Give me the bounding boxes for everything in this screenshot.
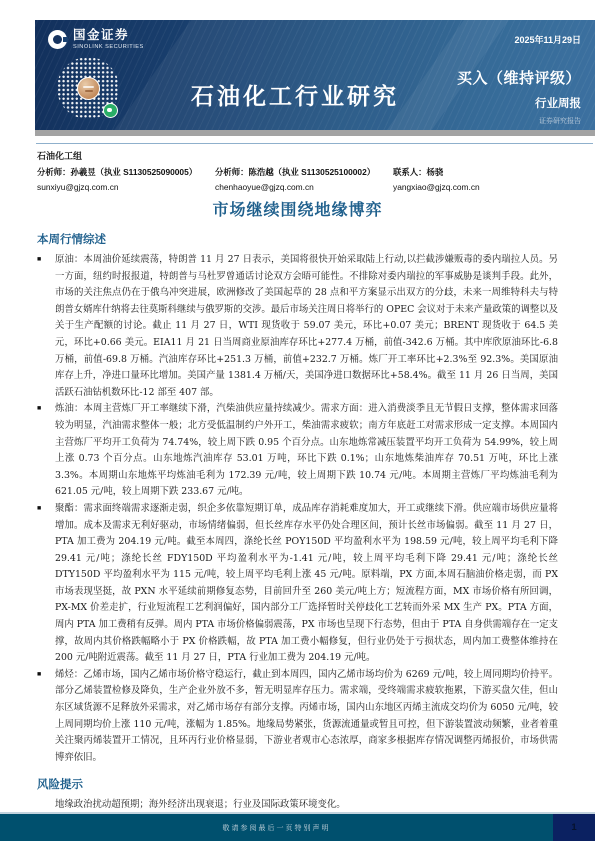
page-number: 1 <box>571 822 576 833</box>
bullet-polyester: ■ 聚酯：需求面终端需求逐渐走弱，织企多依靠短期订单，成品库存消耗难度加大，开工… <box>37 501 558 667</box>
analyst-name: 联系人：杨骁 <box>393 166 565 178</box>
section-heading-risk: 风险提示 <box>37 776 558 792</box>
brand-name-en: SINOLINK SECURITIES <box>73 44 144 50</box>
bullet-square-icon: ■ <box>37 667 55 767</box>
footer-disclaimer: 敬请参阅最后一页特别声明 <box>0 814 553 841</box>
bullet-body: 本周主营炼厂开工率继续下滑，汽柴油供应量持续减少。需求方面：进入消费淡季且无节假… <box>55 403 558 497</box>
report-body: 本周行情综述 ■ 原油：本周油价延续震荡，特朗普 11 月 27 日表示，美国将… <box>37 231 558 809</box>
risk-text: 地缘政治扰动超预期；海外经济出现衰退；行业及国际政策环境变化。 <box>55 797 558 809</box>
analyst-item: 分析师：孙羲昱（执业 S1130525090005） sunxiyu@gjzq.… <box>37 166 215 192</box>
analyst-section: 石油化工组 分析师：孙羲昱（执业 S1130525090005） sunxiyu… <box>37 149 565 192</box>
bullet-label: 原油： <box>55 254 83 265</box>
bullet-crude-oil: ■ 原油：本周油价延续震荡，特朗普 11 月 27 日表示，美国将很快开始采取陆… <box>37 252 558 401</box>
brand-name-cn: 国金证券 <box>73 29 144 43</box>
bullet-label: 炼油： <box>55 403 83 414</box>
divider-rule <box>36 143 593 144</box>
bullet-label: 聚酯： <box>55 503 83 514</box>
bullet-body: 乙烯市场，国内乙烯市场价格守稳运行，截止到本周四，国内乙烯市场均价为 6269 … <box>55 669 558 763</box>
analyst-email: chenhaoyue@gjzq.com.cn <box>215 182 393 192</box>
bullet-square-icon: ■ <box>37 401 55 501</box>
bullet-label: 烯烃： <box>55 669 83 680</box>
bullet-body: 本周油价延续震荡，特朗普 11 月 27 日表示，美国将很快开始采取陆上行动,以… <box>55 254 558 398</box>
report-type-label: 行业周报 <box>457 95 581 111</box>
page-number-box: 1 <box>553 814 595 841</box>
bullet-square-icon: ■ <box>37 501 55 667</box>
sinolink-logo-icon <box>48 30 67 49</box>
bullet-square-icon: ■ <box>37 252 55 401</box>
rating-label: 买入（维持评级） <box>457 67 581 88</box>
report-tag-label: 证券研究报告 <box>457 116 581 126</box>
brand-logo: 国金证券 SINOLINK SECURITIES <box>48 29 144 50</box>
bullet-body: 需求面终端需求逐渐走弱，织企多依靠短期订单，成品库存消耗难度加大，开工或继续下滑… <box>55 503 558 663</box>
analyst-item: 联系人：杨骁 yangxiao@gjzq.com.cn <box>393 166 565 192</box>
section-heading-weekly-review: 本周行情综述 <box>37 231 558 247</box>
analyst-email: sunxiyu@gjzq.com.cn <box>37 182 215 192</box>
bullet-olefins: ■ 烯烃：乙烯市场，国内乙烯市场价格守稳运行，截止到本周四，国内乙烯市场均价为 … <box>37 667 558 767</box>
header-shadow-strip <box>35 130 595 136</box>
analyst-email: yangxiao@gjzq.com.cn <box>393 182 565 192</box>
analyst-item: 分析师：陈浩越（执业 S1130525100002） chenhaoyue@gj… <box>215 166 393 192</box>
analyst-name: 分析师：孙羲昱（执业 S1130525090005） <box>37 166 215 178</box>
analyst-group-name: 石油化工组 <box>37 149 565 162</box>
report-date: 2025年11月29日 <box>514 33 581 46</box>
page-title: 市场继续围绕地缘博弈 <box>0 197 595 220</box>
analyst-name: 分析师：陈浩越（执业 S1130525100002） <box>215 166 393 178</box>
rating-block: 买入（维持评级） 行业周报 证券研究报告 <box>457 67 581 126</box>
bullet-refining: ■ 炼油：本周主营炼厂开工率继续下滑，汽柴油供应量持续减少。需求方面：进入消费淡… <box>37 401 558 501</box>
header-band: 国金证券 SINOLINK SECURITIES 2025年11月29日 石油化… <box>35 20 595 130</box>
footer-bar: 敬请参阅最后一页特别声明 1 <box>0 812 595 841</box>
